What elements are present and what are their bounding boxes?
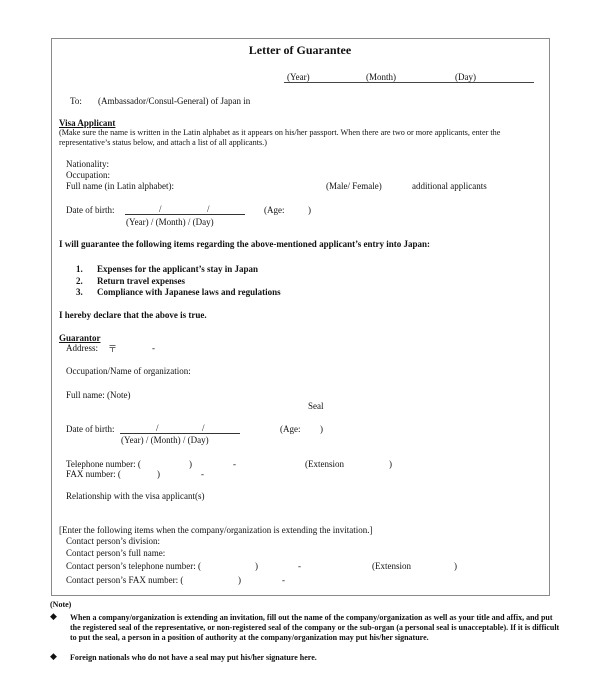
- applicant-dob-format: (Year) / (Month) / (Day): [126, 217, 214, 227]
- contact-full-name-label: Contact person’s full name:: [66, 548, 165, 558]
- guarantor-heading: Guarantor: [59, 333, 101, 343]
- date-day-label: (Day): [455, 72, 476, 82]
- note-item: When a company/organization is extending…: [70, 613, 560, 643]
- seal-label: Seal: [308, 401, 324, 411]
- postal-mark-icon: 〒: [108, 342, 117, 355]
- occupation-label: Occupation:: [66, 170, 110, 180]
- guarantee-item-number: 1.: [76, 264, 83, 274]
- guarantor-fax-close: ): [157, 469, 160, 479]
- guarantor-dob-label: Date of birth:: [66, 424, 115, 434]
- guarantor-full-name-label: Full name: (Note): [66, 390, 131, 400]
- guarantor-age-label: (Age:: [280, 424, 301, 434]
- note-item: Foreign nationals who do not have a seal…: [70, 653, 317, 662]
- contact-extension-close: ): [454, 561, 457, 571]
- contact-division-label: Contact person’s division:: [66, 536, 160, 546]
- applicant-age-close: ): [308, 205, 311, 215]
- relationship-label: Relationship with the visa applicant(s): [66, 491, 204, 501]
- contact-telephone-close: ): [255, 561, 258, 571]
- company-instruction: [Enter the following items when the comp…: [59, 525, 373, 535]
- guarantee-item: Expenses for the applicant’s stay in Jap…: [97, 264, 258, 274]
- gender-label: (Male/ Female): [326, 181, 382, 191]
- document-title: Letter of Guarantee: [0, 43, 600, 58]
- diamond-bullet-icon: ◆: [50, 611, 57, 622]
- contact-fax-dash: -: [282, 575, 285, 585]
- guarantor-telephone-dash: -: [233, 459, 236, 469]
- contact-fax-close: ): [238, 575, 241, 585]
- guarantor-extension-label: (Extension: [305, 459, 344, 469]
- guarantor-telephone-label: Telephone number: (: [66, 459, 141, 469]
- to-recipient: (Ambassador/Consul-General) of Japan in: [98, 96, 250, 106]
- applicant-age-label: (Age:: [264, 205, 285, 215]
- guarantee-item-number: 2.: [76, 276, 83, 286]
- dob-separator: /: [156, 423, 159, 433]
- guarantor-occupation-label: Occupation/Name of organization:: [66, 366, 191, 376]
- applicant-dob-label: Date of birth:: [66, 205, 115, 215]
- declaration-text: I hereby declare that the above is true.: [59, 310, 207, 320]
- guarantee-item: Compliance with Japanese laws and regula…: [97, 287, 281, 297]
- address-label: Address:: [66, 343, 98, 353]
- guarantor-fax-dash: -: [201, 469, 204, 479]
- guarantee-statement: I will guarantee the following items reg…: [59, 239, 430, 249]
- guarantee-item: Return travel expenses: [97, 276, 185, 286]
- visa-applicant-heading: Visa Applicant: [59, 118, 115, 128]
- full-name-label: Full name (in Latin alphabet):: [66, 181, 174, 191]
- guarantee-item-number: 3.: [76, 287, 83, 297]
- dob-separator: /: [202, 423, 205, 433]
- guarantor-dob-format: (Year) / (Month) / (Day): [121, 435, 209, 445]
- applicant-dob-field[interactable]: / /: [125, 205, 245, 217]
- visa-applicant-instruction-1: (Make sure the name is written in the La…: [59, 128, 500, 137]
- contact-telephone-label: Contact person’s telephone number: (: [66, 561, 201, 571]
- contact-extension-label: (Extension: [372, 561, 411, 571]
- note-heading: (Note): [50, 600, 71, 609]
- dob-separator: /: [159, 204, 162, 214]
- date-month-label: (Month): [366, 72, 396, 82]
- guarantor-age-close: ): [320, 424, 323, 434]
- contact-fax-label: Contact person’s FAX number: (: [66, 575, 183, 585]
- date-field-line[interactable]: [284, 82, 534, 83]
- to-label: To:: [70, 96, 82, 106]
- diamond-bullet-icon: ◆: [50, 651, 57, 662]
- additional-applicants-label: additional applicants: [412, 181, 487, 191]
- postal-dash: -: [152, 343, 155, 353]
- date-year-label: (Year): [287, 72, 310, 82]
- guarantor-telephone-close: ): [189, 459, 192, 469]
- guarantor-extension-close: ): [389, 459, 392, 469]
- nationality-label: Nationality:: [66, 159, 109, 169]
- dob-separator: /: [207, 204, 210, 214]
- visa-applicant-instruction-2: representative’s status below, and attac…: [59, 138, 267, 147]
- guarantor-fax-label: FAX number: (: [66, 469, 121, 479]
- contact-telephone-dash: -: [298, 561, 301, 571]
